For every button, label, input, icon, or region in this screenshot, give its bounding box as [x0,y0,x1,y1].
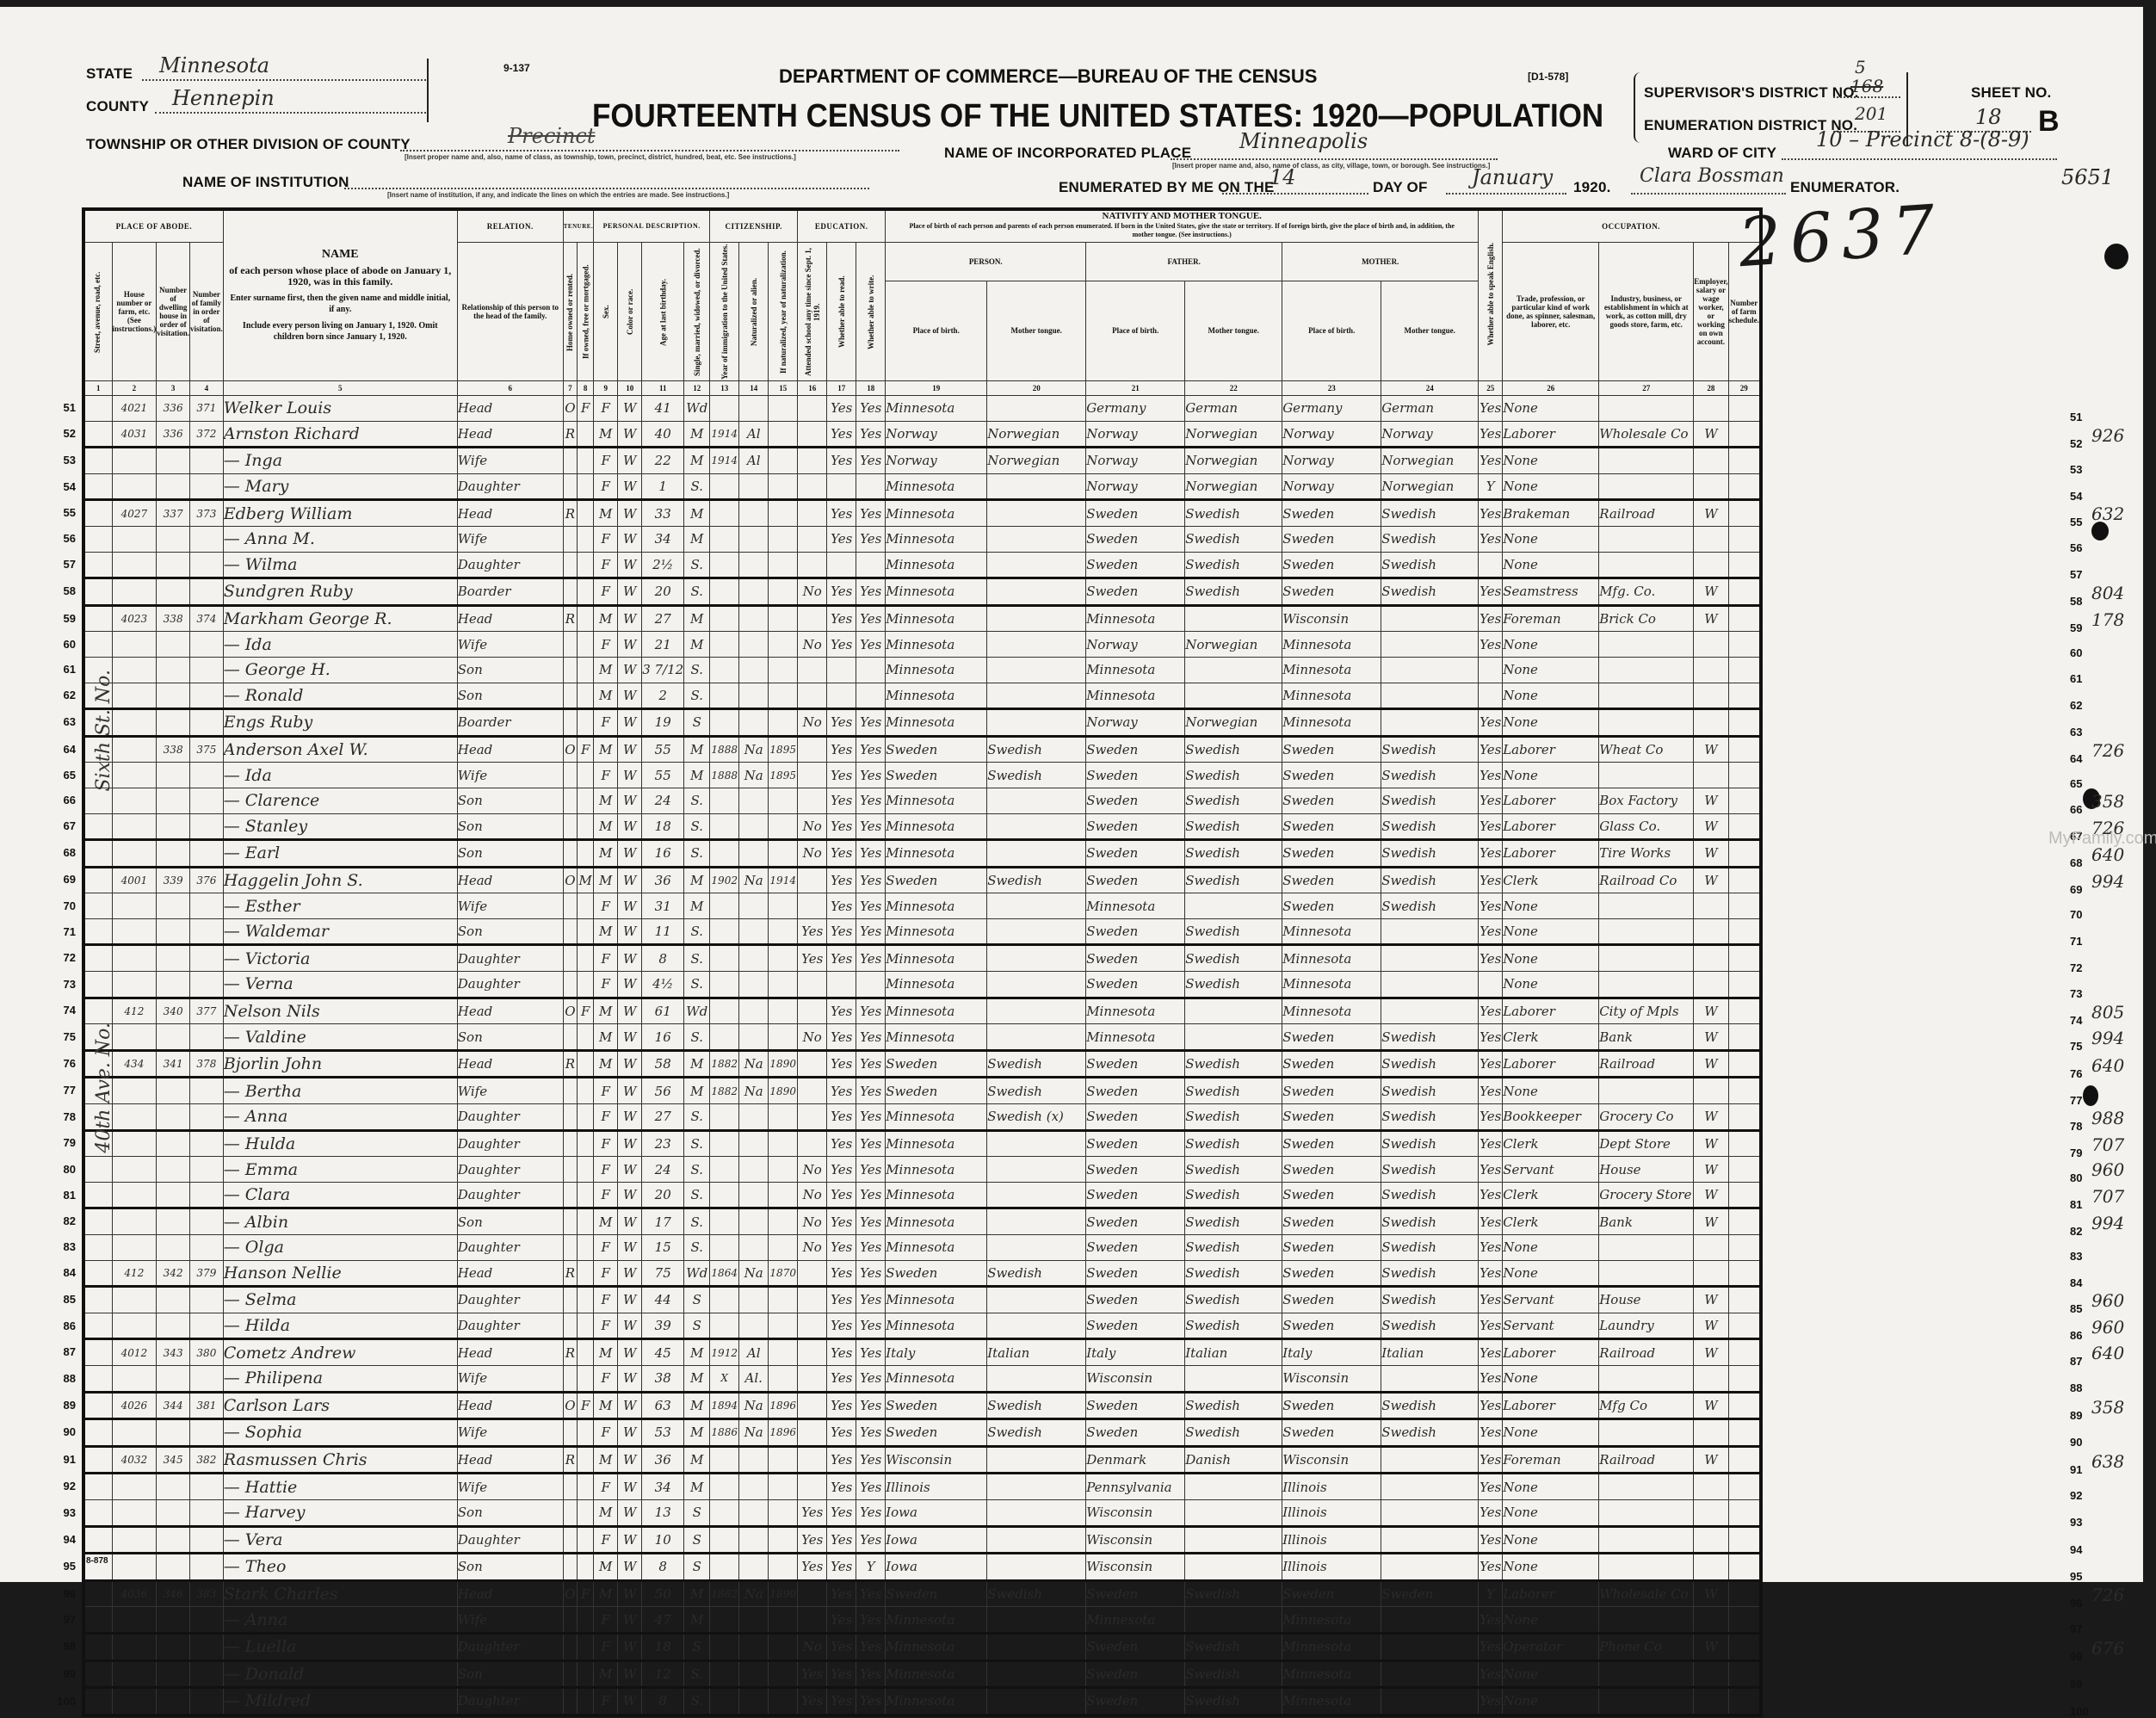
cell-farm [1728,893,1761,919]
cell-relation: Wife [457,893,563,919]
cell-english: Yes [1479,1474,1503,1500]
cell-farm [1728,1365,1761,1392]
cell-trade: Laborer [1503,813,1599,840]
line-number: 79 [50,1136,76,1149]
cell-nat [739,605,769,632]
line-number-right: 88 [2070,1381,2082,1394]
cell-nat: Al [739,448,769,474]
col27-header: Industry, business, or establishment in … [1599,243,1694,381]
census-table: PLACE OF ABODE. NAME of each person whos… [82,207,1763,1591]
census-row: 4036346383Stark CharlesHeadOFMW50M1882Na… [83,1580,1761,1591]
cell-race: W [618,893,642,919]
cell-english: Yes [1479,1287,1503,1313]
cell-tongue [987,1208,1086,1235]
cell-family [190,1499,224,1526]
cell-relation: Daughter [457,945,563,972]
cell-farm [1728,1419,1761,1447]
cell-name: — Ida [223,632,457,658]
cell-nat: Na [739,867,769,893]
cell-tongue [987,396,1086,422]
cell-m_pob: Norway [1282,473,1381,500]
cell-english: Yes [1479,421,1503,448]
cell-trade: None [1503,1474,1599,1500]
cell-relation: Son [457,840,563,868]
cell-farm [1728,448,1761,474]
cell-m_pob: Illinois [1282,1526,1381,1554]
cell-pob: Minnesota [886,552,987,578]
line-number: 80 [50,1163,76,1176]
cell-read: Yes [827,1260,856,1287]
sheet-label: Sheet No. [1971,84,2051,102]
cell-trade: None [1503,448,1599,474]
cell-industry [1599,1365,1694,1392]
cell-emp: W [1694,813,1728,840]
cell-free [578,1419,594,1447]
cell-marital: S. [684,1024,710,1051]
column-number: 14 [739,381,769,396]
cell-free [578,1208,594,1235]
cell-industry: Mfg. Co. [1599,578,1694,606]
cell-tongue [987,526,1086,552]
cell-natyr [769,1313,798,1339]
cell-dwelling [157,1078,190,1104]
cell-own [563,1235,577,1261]
cell-age: 53 [642,1419,684,1447]
footer-code: 8-878 [86,1556,108,1566]
occupation-code: 178 [2091,609,2124,630]
census-row: — WilmaDaughterFW2½S.MinnesotaSwedenSwed… [83,552,1761,578]
line-number: 68 [50,846,76,859]
cell-industry [1599,893,1694,919]
census-row: — VeraDaughterFW10SYesYesYesIowaWisconsi… [83,1526,1761,1554]
cell-f_tongue: Swedish [1185,972,1282,998]
cell-school [798,657,827,683]
cell-english: Yes [1479,709,1503,737]
cell-imm: 1888 [710,763,739,788]
cell-school: Yes [798,1554,827,1581]
cell-imm [710,526,739,552]
cell-emp [1694,1078,1728,1104]
cell-read: Yes [827,1365,856,1392]
cell-age: 23 [642,1130,684,1157]
cell-marital: M [684,1474,710,1500]
cell-f_pob: Norway [1086,709,1185,737]
cell-relation: Son [457,1554,563,1581]
cell-trade: Foreman [1503,605,1599,632]
cell-imm [710,578,739,606]
cell-read: Yes [827,632,856,658]
cell-farm [1728,500,1761,527]
cell-house [112,945,157,972]
cell-dwelling [157,972,190,998]
cell-name: Hanson Nellie [223,1260,457,1287]
cell-age: 24 [642,1157,684,1183]
cell-m_pob: Sweden [1282,1260,1381,1287]
cell-nat [739,813,769,840]
line-number: 58 [50,584,76,597]
cell-school: No [798,1024,827,1051]
cell-m_tongue: Swedish [1381,1157,1479,1183]
cell-f_pob: Minnesota [1086,683,1185,709]
line-number-right: 61 [2070,672,2082,685]
cell-nat: Na [739,763,769,788]
cell-pob: Minnesota [886,1287,987,1313]
cell-own [563,1419,577,1447]
cell-industry [1599,1419,1694,1447]
cell-farm [1728,1208,1761,1235]
cell-tongue [987,893,1086,919]
cell-school [798,763,827,788]
census-row: — AnnaDaughterFW27S.YesYesMinnesotaSwedi… [83,1104,1761,1131]
cell-race: W [618,500,642,527]
cell-school [798,893,827,919]
cell-natyr: 1914 [769,867,798,893]
cell-pob: Minnesota [886,396,987,422]
cell-marital: M [684,632,710,658]
cell-house: 4021 [112,396,157,422]
cell-imm [710,632,739,658]
line-number: 86 [50,1319,76,1332]
cell-farm [1728,788,1761,813]
cell-farm [1728,1157,1761,1183]
cell-house_street [83,396,112,422]
line-number-right: 78 [2070,1120,2082,1133]
census-row: 4031336372Arnston RichardHeadRMW40M1914A… [83,421,1761,448]
cell-school [798,1130,827,1157]
punch-hole [2083,1085,2098,1106]
cell-industry: House [1599,1287,1694,1313]
cell-m_pob: Minnesota [1282,945,1381,972]
cell-write: Yes [856,421,886,448]
cell-read: Yes [827,605,856,632]
column-number: 27 [1599,381,1694,396]
line-number: 69 [50,873,76,886]
cell-f_tongue [1185,1526,1282,1554]
cell-f_tongue [1185,1024,1282,1051]
line-number: 54 [50,480,76,493]
cell-m_tongue: Swedish [1381,500,1479,527]
cell-m_tongue: Swedish [1381,1392,1479,1419]
column-number: 5 [223,381,457,396]
cell-age: 8 [642,1554,684,1581]
cell-pob: Minnesota [886,813,987,840]
cell-relation: Son [457,813,563,840]
cell-marital: M [684,605,710,632]
cell-age: 19 [642,709,684,737]
cell-name: Markham George R. [223,605,457,632]
census-row: — ClarenceSonMW24S.YesYesMinnesotaSweden… [83,788,1761,813]
cell-nat [739,578,769,606]
ward-line [1782,158,2057,160]
cell-imm: 1914 [710,448,739,474]
census-row: Engs RubyBoarderFW19SNoYesYesMinnesotaNo… [83,709,1761,737]
col15-header: If naturalized, year of naturalization. [769,243,798,381]
cell-race: W [618,763,642,788]
cell-sex: F [594,1078,618,1104]
col23-header: Place of birth. [1282,281,1381,380]
cell-sex: M [594,1499,618,1526]
cell-pob: Minnesota [886,526,987,552]
cell-m_tongue [1381,1554,1479,1581]
cell-nat: Na [739,1419,769,1447]
census-row: 412340377Nelson NilsHeadOFMW61WdYesYesMi… [83,998,1761,1024]
cell-m_pob: Sweden [1282,552,1381,578]
cell-house: 434 [112,1050,157,1078]
cell-industry [1599,1554,1694,1581]
cell-f_tongue: German [1185,396,1282,422]
cell-house_street [83,972,112,998]
cell-age: 20 [642,1182,684,1208]
cell-m_pob: Sweden [1282,1419,1381,1447]
cell-natyr [769,840,798,868]
census-row: — OlgaDaughterFW15S.NoYesYesMinnesotaSwe… [83,1235,1761,1261]
cell-f_pob: Sweden [1086,1419,1185,1447]
cell-house_street [83,1339,112,1366]
cell-age: 36 [642,1446,684,1474]
cell-f_pob: Minnesota [1086,1024,1185,1051]
cell-dwelling [157,709,190,737]
cell-m_tongue [1381,918,1479,945]
cell-sex: F [594,1419,618,1447]
cell-free [578,813,594,840]
cell-pob: Norway [886,448,987,474]
enumerator-label: Enumerator. [1790,179,1900,196]
cell-dwelling [157,657,190,683]
cell-house_street [83,1580,112,1591]
cell-marital: Wd [684,396,710,422]
cell-imm [710,972,739,998]
cell-f_pob: Wisconsin [1086,1365,1185,1392]
cell-natyr [769,421,798,448]
cell-relation: Daughter [457,1157,563,1183]
cell-school: Yes [798,918,827,945]
cell-farm [1728,1235,1761,1261]
cell-write: Yes [856,1235,886,1261]
cell-f_tongue: Norwegian [1185,709,1282,737]
line-number: 82 [50,1214,76,1227]
column-number: 18 [856,381,886,396]
cell-farm [1728,840,1761,868]
cell-family [190,918,224,945]
cell-emp: W [1694,867,1728,893]
column-number: 2 [112,381,157,396]
cell-marital: M [684,421,710,448]
cell-m_pob: Sweden [1282,1313,1381,1339]
cell-marital: M [684,1365,710,1392]
cell-write: Yes [856,1526,886,1554]
nativity-title: NATIVITY AND MOTHER TONGUE. [886,212,1478,220]
cell-farm [1728,1580,1761,1591]
cell-race: W [618,840,642,868]
col8-header: If owned, free or mortgaged. [578,243,594,381]
line-number-right: 95 [2070,1570,2082,1583]
line-number-right: 63 [2070,726,2082,738]
occupation-code: 358 [2091,1397,2124,1418]
township-instructions: [Insert proper name and, also, name of c… [405,153,796,161]
cell-own [563,448,577,474]
census-row: — VictoriaDaughterFW8S.YesYesYesMinnesot… [83,945,1761,972]
cell-name: Haggelin John S. [223,867,457,893]
cell-family [190,1287,224,1313]
col20-header: Mother tongue. [987,281,1086,380]
cell-m_pob: Minnesota [1282,709,1381,737]
cell-read: Yes [827,1104,856,1131]
cell-nat [739,709,769,737]
cell-m_tongue: Swedish [1381,840,1479,868]
column-number: 1 [83,381,112,396]
census-row: Sundgren RubyBoarderFW20S.NoYesYesMinnes… [83,578,1761,606]
cell-nat [739,893,769,919]
cell-f_tongue [1185,1365,1282,1392]
cell-sex: M [594,1050,618,1078]
cell-nat [739,1526,769,1554]
cell-tongue: Italian [987,1339,1086,1366]
cell-tongue [987,1182,1086,1208]
cell-m_tongue: Sweden [1381,1580,1479,1591]
cell-f_pob: Sweden [1086,1235,1185,1261]
cell-emp [1694,1260,1728,1287]
cell-own: R [563,1050,577,1078]
cell-relation: Head [457,500,563,527]
cell-natyr [769,813,798,840]
cell-own: R [563,605,577,632]
cell-m_tongue: Norwegian [1381,473,1479,500]
cell-sex: F [594,1157,618,1183]
cell-free [578,1078,594,1104]
cell-age: 75 [642,1260,684,1287]
cell-read: Yes [827,1157,856,1183]
cell-english: Yes [1479,1392,1503,1419]
cell-m_tongue: Swedish [1381,1419,1479,1447]
cell-industry [1599,1499,1694,1526]
cell-sex: M [594,605,618,632]
line-number-right: 55 [2070,516,2082,528]
person-header: PERSON. [886,243,1086,281]
cell-m_tongue: Swedish [1381,1260,1479,1287]
cell-tongue: Swedish (x) [987,1104,1086,1131]
cell-school [798,1580,827,1591]
cell-emp: W [1694,421,1728,448]
cell-age: 41 [642,396,684,422]
line-number-right: 58 [2070,595,2082,608]
cell-dwelling [157,1208,190,1235]
cell-pob: Minnesota [886,893,987,919]
cell-english: Yes [1479,1208,1503,1235]
name-instr2: Include every person living on January 1… [227,320,454,343]
cell-tongue [987,1365,1086,1392]
cell-f_pob: Minnesota [1086,657,1185,683]
cell-marital: S [684,1526,710,1554]
cell-dwelling [157,1365,190,1392]
cell-emp [1694,1526,1728,1554]
cell-write: Yes [856,788,886,813]
cell-age: 50 [642,1580,684,1591]
form-number: 9-137 [503,62,530,74]
cell-industry: Brick Co [1599,605,1694,632]
cell-marital: S. [684,657,710,683]
col21-header: Place of birth. [1086,281,1185,380]
cell-race: W [618,1208,642,1235]
cell-tongue [987,1526,1086,1554]
enumerated-year: 1920. [1573,179,1611,196]
cell-emp [1694,709,1728,737]
cell-read: Yes [827,1050,856,1078]
township-line [400,150,899,151]
cell-marital: M [684,1339,710,1366]
cell-own: O [563,736,577,763]
cell-tongue [987,552,1086,578]
cell-write: Yes [856,526,886,552]
cell-sex: F [594,945,618,972]
cell-tongue [987,709,1086,737]
cell-name: Arnston Richard [223,421,457,448]
column-number: 19 [886,381,987,396]
cell-imm: 1888 [710,736,739,763]
line-number: 60 [50,638,76,651]
cell-school [798,1050,827,1078]
cell-sex: M [594,867,618,893]
cell-relation: Daughter [457,1235,563,1261]
cell-farm [1728,1182,1761,1208]
cell-imm: 1886 [710,1419,739,1447]
cell-natyr [769,500,798,527]
cell-m_tongue [1381,945,1479,972]
cell-write: Yes [856,605,886,632]
cell-natyr [769,1208,798,1235]
cell-trade: None [1503,709,1599,737]
cell-name: — Wilma [223,552,457,578]
cell-family: 382 [190,1446,224,1474]
cell-emp: W [1694,1130,1728,1157]
cell-emp [1694,396,1728,422]
cell-house: 4023 [112,605,157,632]
cell-tongue [987,578,1086,606]
cell-house: 4026 [112,1392,157,1419]
cell-m_tongue: Swedish [1381,578,1479,606]
occupation-code: 726 [2091,740,2124,761]
cell-m_pob: Sweden [1282,1208,1381,1235]
cell-own [563,1104,577,1131]
cell-natyr [769,396,798,422]
cell-write: Yes [856,1419,886,1447]
cell-house [112,893,157,919]
cell-tongue [987,840,1086,868]
cell-emp [1694,683,1728,709]
cell-trade: None [1503,945,1599,972]
line-number: 81 [50,1189,76,1202]
cell-dwelling [157,840,190,868]
cell-industry: Grocery Store [1599,1182,1694,1208]
cell-trade: Clerk [1503,1208,1599,1235]
cell-natyr [769,1474,798,1500]
enumerated-month: January [1472,165,1553,189]
group-place-of-abode: PLACE OF ABODE. [83,209,223,243]
cell-english: Yes [1479,1554,1503,1581]
cell-trade: Clerk [1503,867,1599,893]
cell-relation: Boarder [457,709,563,737]
cell-marital: S. [684,552,710,578]
cell-race: W [618,709,642,737]
cell-age: 40 [642,421,684,448]
cell-farm [1728,867,1761,893]
cell-school [798,683,827,709]
line-number: 77 [50,1084,76,1097]
cell-name: — Sophia [223,1419,457,1447]
cell-natyr [769,1446,798,1474]
cell-imm [710,1024,739,1051]
cell-emp [1694,448,1728,474]
cell-own [563,763,577,788]
